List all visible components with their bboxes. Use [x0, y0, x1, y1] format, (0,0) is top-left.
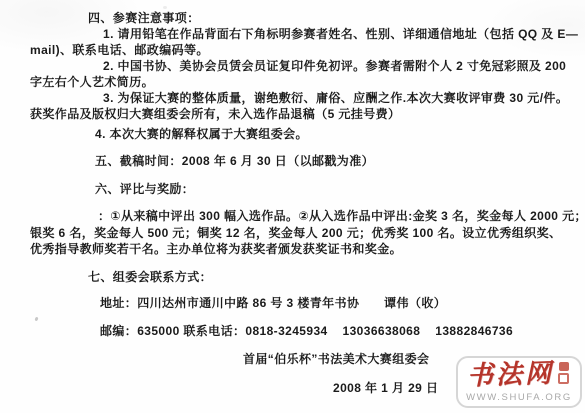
awards-line-1: ：①从来稿中评出 300 幅入选作品。②从入选作品中评出:金奖 3 名，奖金每人…: [98, 209, 585, 223]
watermark-url-text: WWW.SHUFA.ORG: [458, 392, 580, 404]
item-4-line: 4. 本次大赛的解释权属于大赛组委会。: [95, 127, 308, 141]
signature-committee: 首届“伯乐杯”书法美术大赛组委会: [243, 352, 429, 366]
item-1-line-1: 1. 请用铅笔在作品背面右下角标明参赛者姓名、性别、详细通信地址（包括 QQ 及…: [103, 27, 578, 41]
item-1-line-2: mail)、联系电话、邮政编码等。: [30, 43, 209, 57]
scan-speck: [163, 6, 167, 9]
section-heading-7-contact: 七、组委会联系方式：: [88, 270, 212, 284]
item-3-line-1: 3. 为保证大赛的整体质量，谢绝敷衍、庸俗、应酬之作.本次大赛收评审费 30 元…: [103, 91, 568, 105]
seal-icon: [558, 362, 571, 388]
scanned-document-page: 四、参赛注意事项： 1. 请用铅笔在作品背面右下角标明参赛者姓名、性别、详细通信…: [0, 0, 585, 413]
contact-phone-line: 邮编：635000 联系电话：0818-3245934 13036638068 …: [100, 324, 513, 338]
item-2-line-1: 2. 中国书协、美协会员赁会员证复印件免初评。参赛者需附个人 2 寸免冠彩照及 …: [103, 59, 566, 73]
signature-date: 2008 年 1 月 29 日: [333, 381, 438, 395]
watermark-shufa-logo: 书法网 WWW.SHUFA.ORG: [456, 356, 582, 408]
item-3-line-2: 获奖作品及版权归大赛组委会所有，未入选作品退稿（5 元挂号费）: [30, 107, 400, 121]
watermark-logo-row: 书法网: [458, 360, 580, 392]
contact-address-line: 地址：四川达州市通川中路 86 号 3 楼青年书协 谭伟（收）: [100, 296, 446, 310]
scan-speck: [34, 317, 38, 322]
section-heading-4: 四、参赛注意事项：: [88, 11, 200, 25]
awards-line-2: 银奖 6 名，奖金每人 500 元；铜奖 12 名，奖金每人 200 元；优秀奖…: [30, 226, 561, 240]
section-heading-6-awards: 六、评比与奖励：: [95, 182, 194, 196]
section-heading-5-deadline: 五、截稿时间：2008 年 6 月 30 日（以邮戳为准）: [95, 154, 374, 168]
awards-line-3: 优秀指导教师奖若干名。主办单位将为获奖者颁发获奖证书和奖金。: [30, 242, 402, 256]
watermark-logo-text: 书法网: [467, 358, 555, 391]
item-2-line-2: 字左右个人艺术简历。: [30, 75, 154, 89]
